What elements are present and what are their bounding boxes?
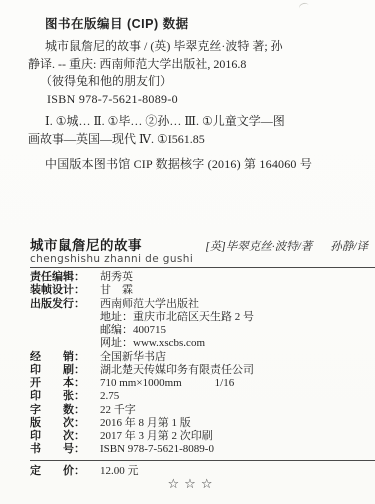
colophon-row-printer: 印 刷：湖北楚天传媒印务有限责任公司 bbox=[30, 364, 375, 377]
colophon-row-sheets: 印 张：2.75 bbox=[30, 390, 375, 403]
colophon-row-address: 地址：重庆市北碚区天生路 2 号 bbox=[30, 311, 375, 324]
translator-credit: 孙静/译 bbox=[330, 241, 368, 253]
cip-classification: Ⅰ. ①城… Ⅱ. ①毕… ②孙… Ⅲ. ①儿童文学—图 画故事—英国—现代 Ⅳ… bbox=[28, 113, 365, 148]
cip-heading: 图书在版编目 (CIP) 数据 bbox=[45, 14, 189, 32]
star-icons: ☆☆☆ bbox=[0, 477, 375, 492]
divider-top bbox=[30, 267, 375, 268]
colophon-row-format: 开 本：710 mm×1000mm 1/16 bbox=[30, 377, 375, 390]
colophon-row-editor: 责任编辑：胡秀英 bbox=[30, 271, 375, 284]
cip-record-number: 中国版本图书馆 CIP 数据核字 (2016) 第 164060 号 bbox=[45, 155, 312, 172]
colophon-row-wordcount: 字 数：22 千字 bbox=[30, 404, 375, 417]
colophon-row-postcode: 邮编：400715 bbox=[30, 324, 375, 337]
cip-description: 城市鼠詹尼的故事 / (英) 毕翠克丝·波特 著; 孙 静译. -- 重庆: 西… bbox=[28, 38, 365, 108]
divider-bottom bbox=[30, 460, 375, 461]
colophon-row-impression: 印 次：2017 年 3 月第 2 次印刷 bbox=[30, 430, 375, 443]
colophon-row-distribution: 经 销：全国新华书店 bbox=[30, 351, 375, 364]
colophon-row-edition: 版 次：2016 年 8 月第 1 版 bbox=[30, 417, 375, 430]
book-title-pinyin: chengshishu zhanni de gushi bbox=[30, 253, 193, 265]
scan-artifact bbox=[298, 2, 310, 13]
colophon-row-publisher: 出版发行：西南师范大学出版社 bbox=[30, 298, 375, 311]
cip-classification-line: 画故事—英国—现代 Ⅳ. ①I561.85 bbox=[28, 131, 365, 149]
title-row: 城市鼠詹尼的故事 [英]毕翠克丝·波特/著孙静/译 bbox=[30, 234, 368, 254]
cip-classification-line: Ⅰ. ①城… Ⅱ. ①毕… ②孙… Ⅲ. ①儿童文学—图 bbox=[28, 113, 365, 131]
book-title: 城市鼠詹尼的故事 bbox=[30, 234, 142, 254]
colophon-row-website: 网址：www.xscbs.com bbox=[30, 337, 375, 350]
cip-description-line: 静译. -- 重庆: 西南师范大学出版社, 2016.8 bbox=[28, 56, 365, 74]
cip-isbn: ISBN 978-7-5621-8089-0 bbox=[28, 91, 365, 109]
colophon-row-isbn: 书 号：ISBN 978-7-5621-8089-0 bbox=[30, 443, 375, 456]
colophon-row-designer: 装帧设计：甘 霖 bbox=[30, 284, 375, 297]
colophon: 责任编辑：胡秀英 装帧设计：甘 霖 出版发行：西南师范大学出版社 地址：重庆市北… bbox=[30, 271, 375, 478]
cip-description-line: 城市鼠詹尼的故事 / (英) 毕翠克丝·波特 著; 孙 bbox=[28, 38, 365, 56]
credits: [英]毕翠克丝·波特/著孙静/译 bbox=[205, 238, 368, 254]
cip-series-name: （彼得兔和他的朋友们） bbox=[28, 73, 365, 91]
author-credit: [英]毕翠克丝·波特/著 bbox=[205, 241, 312, 253]
copyright-page: 图书在版编目 (CIP) 数据 城市鼠詹尼的故事 / (英) 毕翠克丝·波特 著… bbox=[0, 0, 375, 504]
